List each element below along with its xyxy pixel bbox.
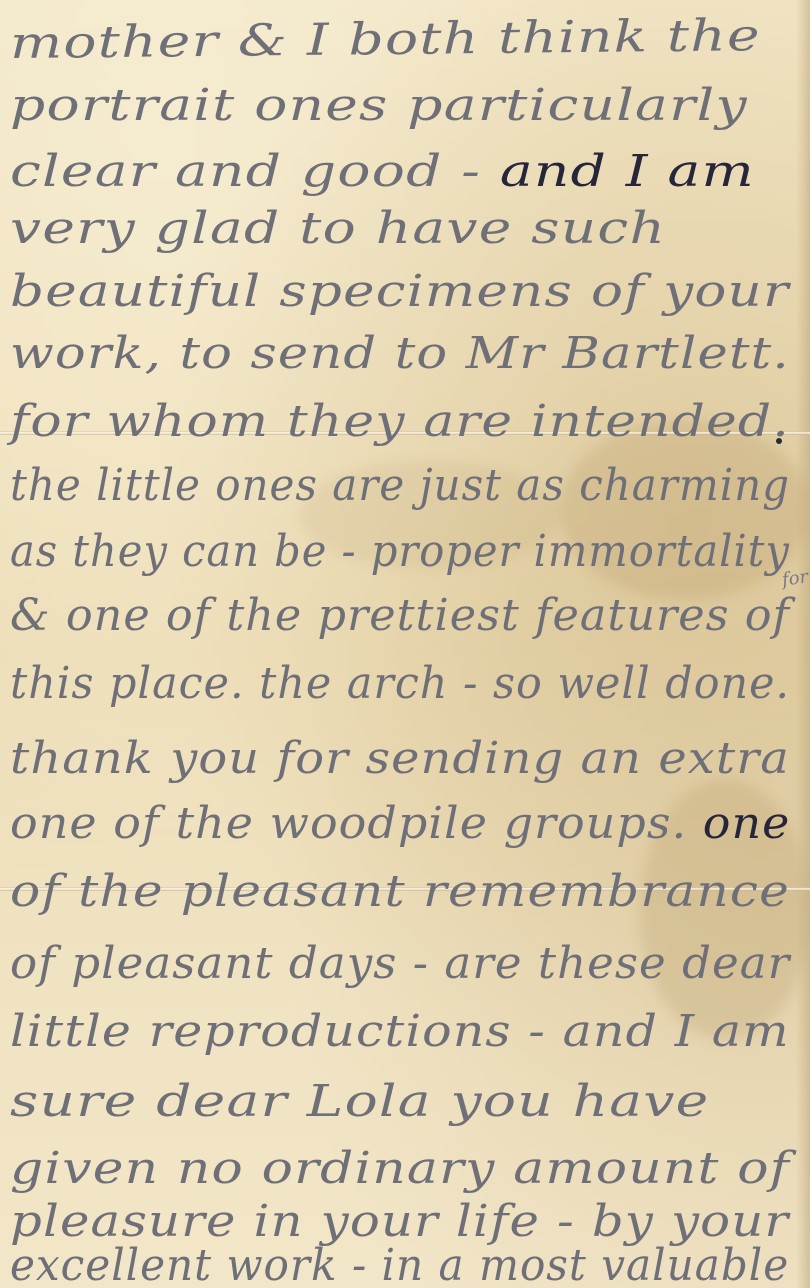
letter-line: very glad to have such [10, 203, 666, 254]
letter-line: work, to send to Mr Bartlett. [10, 328, 790, 379]
letter-line: given no ordinary amount of [10, 1143, 790, 1194]
line-text: work, to send to Mr Bartlett. [10, 328, 790, 379]
letter-line: thank you for sending an extra [10, 733, 790, 784]
line-text: thank you for sending an extra [10, 733, 790, 784]
line-text: & one of the prettiest features of [10, 590, 790, 641]
line-text: little reproductions - and I am [10, 1006, 790, 1057]
line-text: this place. the arch - so well done. [10, 658, 790, 709]
letter-line: mother & I both think the [10, 10, 761, 69]
letter-line: little reproductions - and I am [10, 1006, 790, 1057]
line-text: excellent work - in a most valuable [10, 1240, 789, 1288]
letter-line: this place. the arch - so well done. [10, 658, 790, 709]
letter-line: sure dear Lola you have [10, 1076, 709, 1127]
line-text: beautiful specimens of your [10, 266, 790, 317]
line-text: as they can be - proper immortality [10, 526, 790, 577]
letter-line: excellent work - in a most valuable [10, 1240, 789, 1288]
letter-line: the little ones are just as charming [10, 460, 790, 511]
letter-line: as they can be - proper immortality [10, 526, 790, 577]
ink-text: one [703, 798, 791, 849]
line-text: mother & I both think the [10, 10, 761, 69]
letter-line: portrait ones particularly [10, 80, 748, 131]
line-text: one of the woodpile groups. [10, 798, 703, 849]
letter-line: for whom they are intended. [10, 396, 790, 447]
letter-line: clear and good - and I am [10, 146, 755, 197]
line-text: sure dear Lola you have [10, 1076, 709, 1127]
letter-line: one of the woodpile groups. one [10, 798, 790, 849]
letter-line: of pleasant days - are these dear [10, 938, 790, 989]
letter-page: mother & I both think the portrait ones … [0, 0, 810, 1288]
margin-note: for [781, 566, 810, 590]
letter-line: beautiful specimens of your [10, 266, 790, 317]
line-text: for whom they are intended. [10, 396, 790, 447]
line-text: the little ones are just as charming [10, 460, 790, 511]
line-text: of the pleasant remembrance [10, 866, 790, 917]
line-text: very glad to have such [10, 203, 666, 254]
ink-text: and I am [500, 146, 755, 197]
paper-edge [796, 0, 810, 1288]
line-text: clear and good - [10, 146, 500, 197]
line-text: of pleasant days - are these dear [10, 938, 790, 989]
line-text: portrait ones particularly [10, 80, 748, 131]
line-text: given no ordinary amount of [10, 1143, 790, 1194]
letter-line: of the pleasant remembrance [10, 866, 790, 917]
letter-line: & one of the prettiest features of [10, 590, 790, 641]
